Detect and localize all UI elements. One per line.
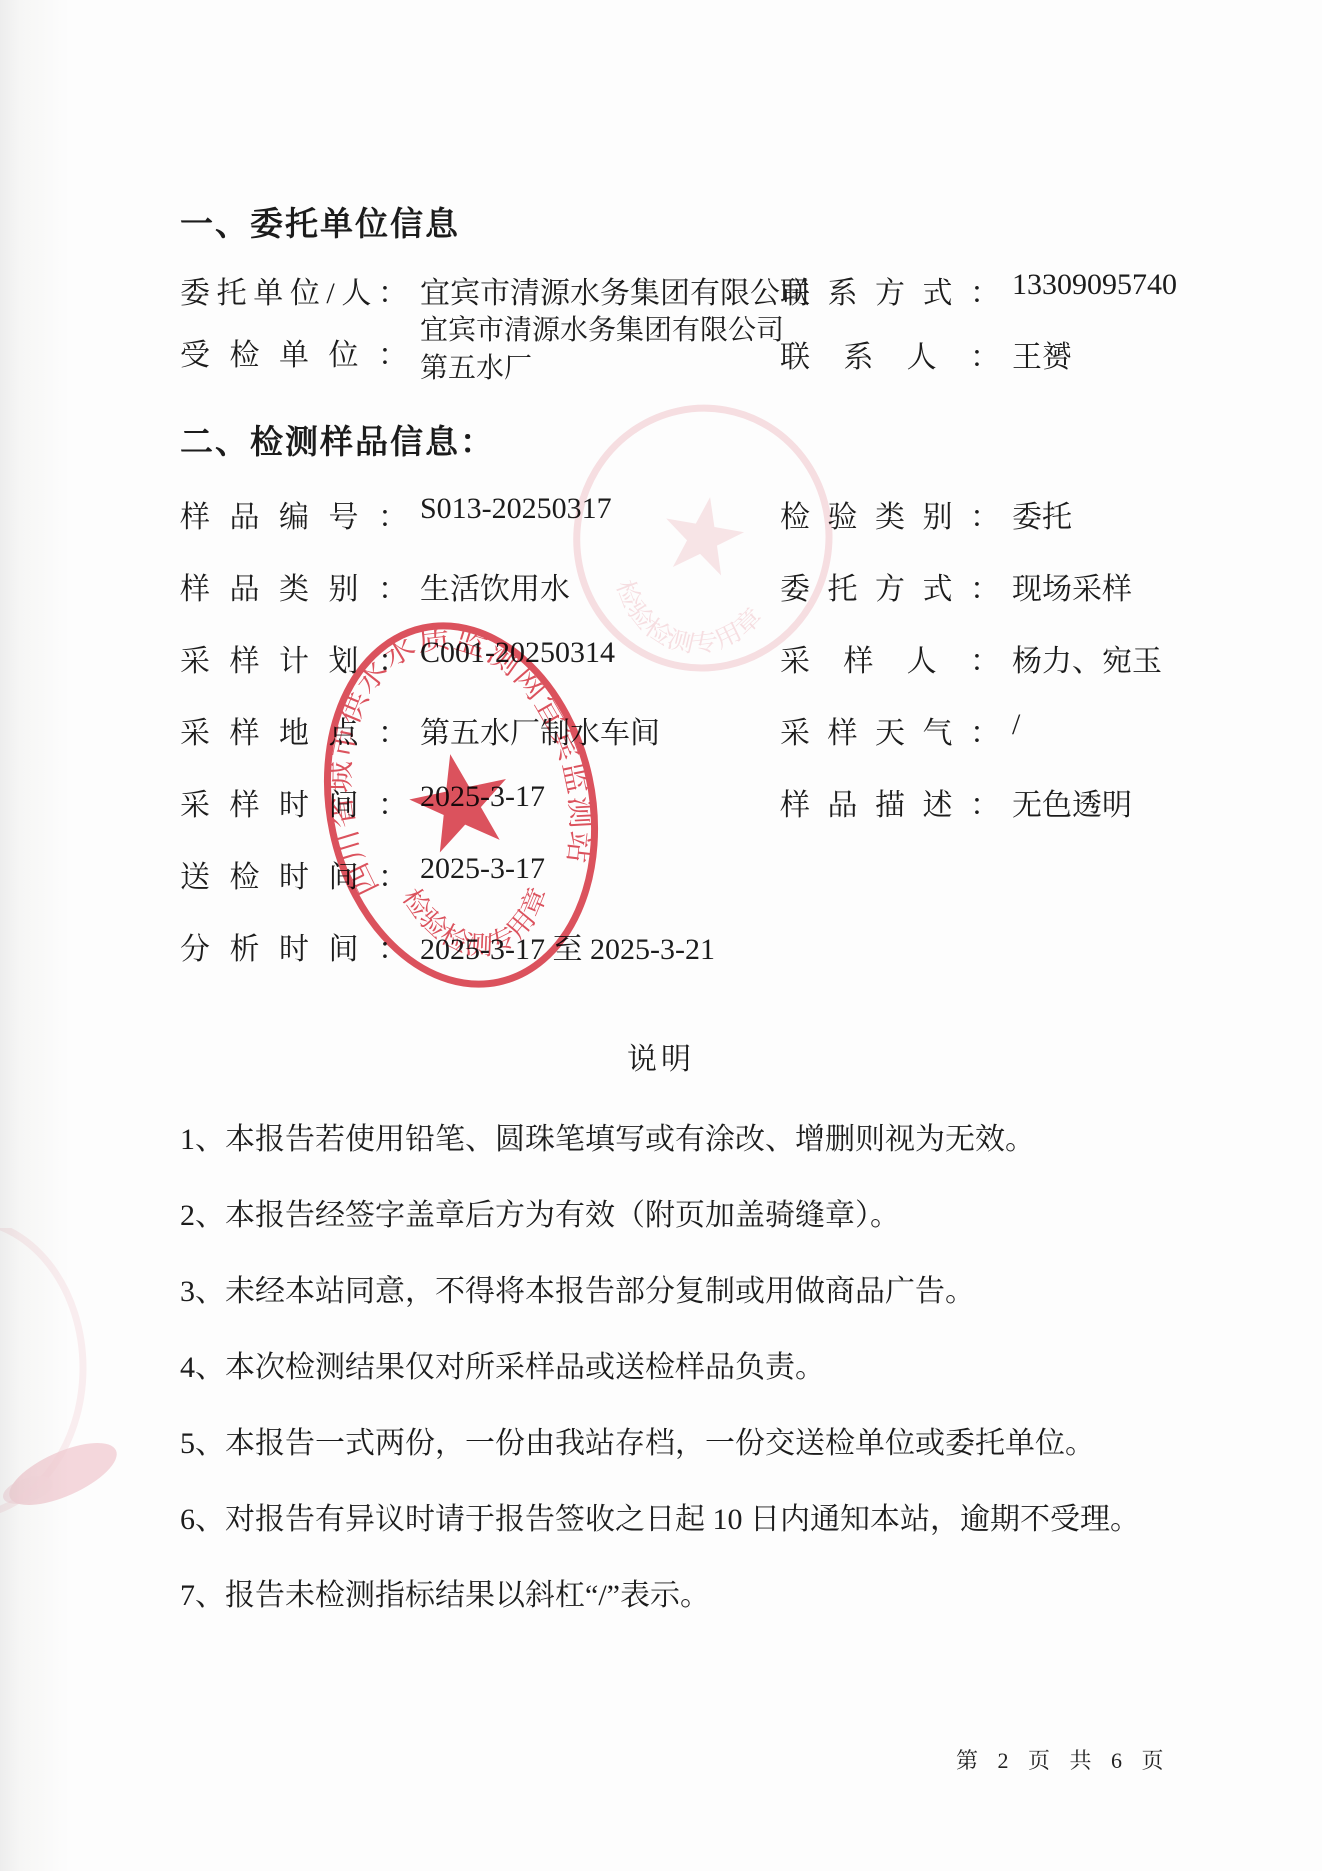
- scan-edge-shading: [0, 0, 70, 1871]
- analysis-time-value: 2025-3-17 至 2025-3-21: [420, 924, 715, 968]
- note-item-7: 7、报告未检测指标结果以斜杠“/”表示。: [180, 1558, 1175, 1634]
- sampling-plan-value: C001-20250314: [420, 636, 615, 670]
- sampling-site-row: 采样地点：第五水厂制水车间 采样天气：/: [180, 708, 1170, 752]
- delivery-time-row: 送检时间：2025-3-17: [180, 852, 1170, 896]
- test-category-label: 检验类别：: [780, 492, 1000, 536]
- sample-id-row: 样品编号：S013-20250317 检验类别：委托: [180, 492, 1170, 536]
- sampling-plan-label: 采样计划：: [180, 636, 408, 680]
- contact-person-label: 联系人：: [780, 332, 1000, 376]
- section2-heading: 二、检测样品信息：: [180, 416, 495, 463]
- delivery-time-value: 2025-3-17: [420, 852, 545, 886]
- note-item-3: 3、未经本站同意，不得将本报告部分复制或用做商品广告。: [180, 1254, 1175, 1330]
- test-category-value: 委托: [1012, 492, 1072, 536]
- analysis-time-row: 分析时间：2025-3-17 至 2025-3-21: [180, 924, 1170, 968]
- notes-title: 说明: [0, 1034, 1322, 1078]
- report-page: { "section1": { "heading": "一、委托单位信息", "…: [0, 0, 1322, 1871]
- sampling-time-label: 采样时间：: [180, 780, 408, 824]
- sample-description-value: 无色透明: [1012, 780, 1132, 824]
- delivery-time-label: 送检时间：: [180, 852, 408, 896]
- notes-list: 1、本报告若使用铅笔、圆珠笔填写或有涂改、增删则视为无效。 2、本报告经签字盖章…: [180, 1102, 1175, 1634]
- sampling-weather-value: /: [1012, 708, 1020, 742]
- sampling-time-value: 2025-3-17: [420, 780, 545, 814]
- note-item-4: 4、本次检测结果仅对所采样品或送检样品负责。: [180, 1330, 1175, 1406]
- client-label: 委托单位/人：: [180, 268, 408, 312]
- note-item-2: 2、本报告经签字盖章后方为有效（附页加盖骑缝章）。: [180, 1178, 1175, 1254]
- note-item-6: 6、对报告有异议时请于报告签收之日起 10 日内通知本站，逾期不受理。: [180, 1482, 1175, 1558]
- contact-method-value: 13309095740: [1012, 268, 1177, 302]
- client-value: 宜宾市清源水务集团有限公司: [420, 268, 810, 312]
- sampling-site-value: 第五水厂制水车间: [420, 708, 660, 752]
- note-item-1: 1、本报告若使用铅笔、圆珠笔填写或有涂改、增删则视为无效。: [180, 1102, 1175, 1178]
- page-number: 第 2 页 共 6 页: [956, 1744, 1171, 1775]
- note-item-5: 5、本报告一式两份，一份由我站存档，一份交送检单位或委托单位。: [180, 1406, 1175, 1482]
- sampling-time-row: 采样时间：2025-3-17 样品描述：无色透明: [180, 780, 1170, 824]
- sample-id-label: 样品编号：: [180, 492, 408, 536]
- sample-id-value: S013-20250317: [420, 492, 612, 526]
- commission-mode-label: 委托方式：: [780, 564, 1000, 608]
- client-row: 委托单位/人：宜宾市清源水务集团有限公司 联系方式：13309095740: [180, 268, 1170, 312]
- contact-method-label: 联系方式：: [780, 268, 1000, 312]
- sample-type-value: 生活饮用水: [420, 564, 570, 608]
- sampling-plan-row: 采样计划：C001-20250314 采样人：杨力、宛玉: [180, 636, 1170, 680]
- inspected-unit-label: 受检单位：: [180, 330, 408, 374]
- inspected-unit-row: 受检单位：宜宾市清源水务集团有限公司第五水厂 联系人：王赟: [180, 312, 1170, 396]
- inspected-unit-line2: 第五水厂: [420, 350, 784, 388]
- contact-person-value: 王赟: [1012, 332, 1072, 376]
- inspected-unit-value: 宜宾市清源水务集团有限公司第五水厂: [420, 312, 784, 388]
- sampler-label: 采样人：: [780, 636, 1000, 680]
- analysis-time-label: 分析时间：: [180, 924, 408, 968]
- section1-heading: 一、委托单位信息: [180, 198, 460, 245]
- sample-type-label: 样品类别：: [180, 564, 408, 608]
- sampler-value: 杨力、宛玉: [1012, 636, 1162, 680]
- inspected-unit-line1: 宜宾市清源水务集团有限公司: [420, 312, 784, 350]
- sampling-site-label: 采样地点：: [180, 708, 408, 752]
- sampling-weather-label: 采样天气：: [780, 708, 1000, 752]
- sample-type-row: 样品类别：生活饮用水 委托方式：现场采样: [180, 564, 1170, 608]
- sample-description-label: 样品描述：: [780, 780, 1000, 824]
- commission-mode-value: 现场采样: [1012, 564, 1132, 608]
